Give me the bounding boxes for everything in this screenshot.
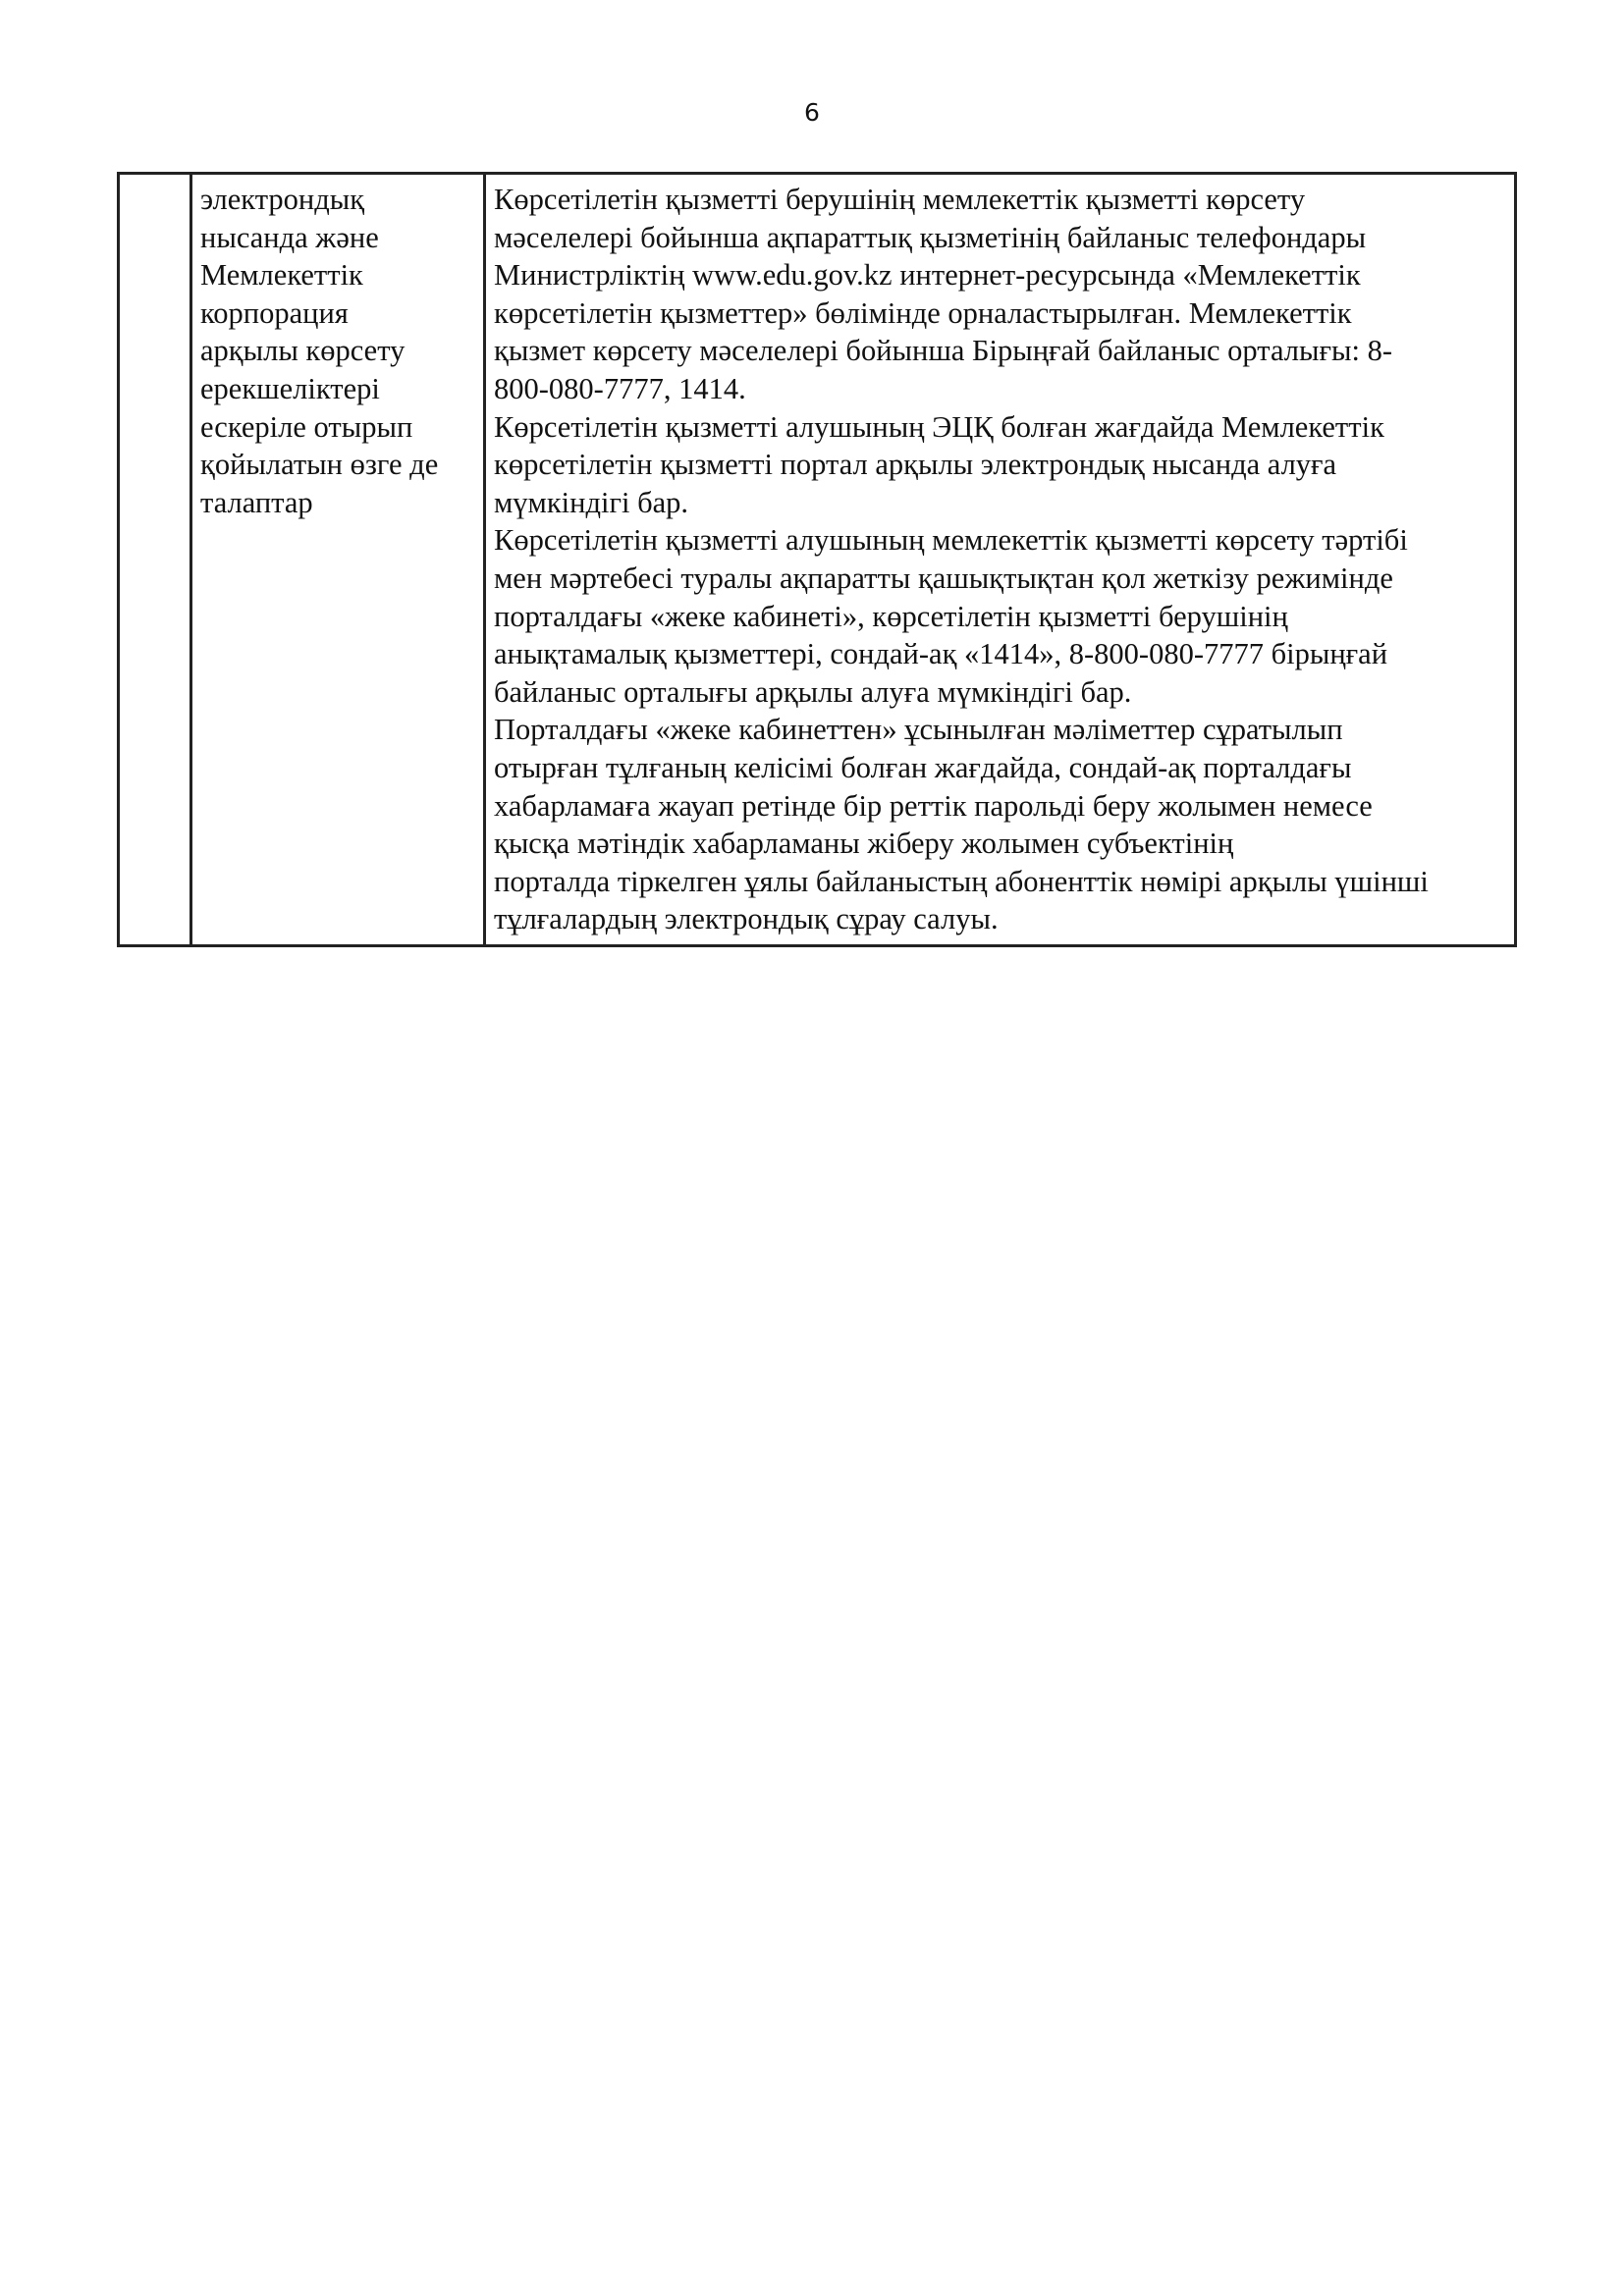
description-text-line: қызмет көрсету мәселелері бойынша Бірыңғ… — [494, 332, 1508, 370]
description-text-line: Көрсетілетін қызметті алушының мемлекетт… — [494, 521, 1508, 560]
description-text-line: порталдағы «жеке кабинеті», көрсетілетін… — [494, 598, 1508, 636]
row-name-cell: электрондықнысанда жәнеМемлекеттіккорпор… — [191, 174, 485, 946]
row-description-cell: Көрсетілетін қызметті берушінің мемлекет… — [485, 174, 1516, 946]
description-text-line: мүмкіндігі бар. — [494, 484, 1508, 522]
name-text-line: ерекшеліктері — [200, 370, 479, 408]
description-text-line: Министрліктің www.edu.gov.kz интернет-ре… — [494, 256, 1508, 294]
table-row: электрондықнысанда жәнеМемлекеттіккорпор… — [119, 174, 1516, 946]
description-text-line: анықтамалық қызметтері, сондай-ақ «1414»… — [494, 635, 1508, 673]
name-text-line: корпорация — [200, 294, 479, 333]
description-text-line: мәселелері бойынша ақпараттық қызметінің… — [494, 219, 1508, 257]
description-text-line: тұлғалардың электрондық сұрау салуы. — [494, 900, 1508, 938]
description-text-line: порталда тіркелген ұялы байланыстың абон… — [494, 863, 1508, 901]
name-text-line: электрондық — [200, 181, 479, 219]
description-text-line: Көрсетілетін қызметті алушының ЭЦҚ болға… — [494, 408, 1508, 447]
description-text-line: байланыс орталығы арқылы алуға мүмкіндіг… — [494, 673, 1508, 712]
description-text-line: көрсетілетін қызметті портал арқылы элек… — [494, 446, 1508, 484]
requirements-table: электрондықнысанда жәнеМемлекеттіккорпор… — [117, 172, 1517, 947]
description-text-line: отырған тұлғаның келісімі болған жағдайд… — [494, 749, 1508, 787]
name-text-line: қойылатын өзге де — [200, 446, 479, 484]
description-text-line: Көрсетілетін қызметті берушінің мемлекет… — [494, 181, 1508, 219]
description-text-line: қысқа мәтіндік хабарламаны жіберу жолыме… — [494, 825, 1508, 863]
name-text-line: ескеріле отырып — [200, 408, 479, 447]
name-text-line: арқылы көрсету — [200, 332, 479, 370]
description-text-line: көрсетілетін қызметтер» бөлімінде орнала… — [494, 294, 1508, 333]
description-text-line: мен мәртебесі туралы ақпаратты қашықтықт… — [494, 560, 1508, 598]
description-text-line: Порталдағы «жеке кабинеттен» ұсынылған м… — [494, 711, 1508, 749]
row-number-cell — [119, 174, 191, 946]
description-text-line: 800-080-7777, 1414. — [494, 370, 1508, 408]
name-text-line: Мемлекеттік — [200, 256, 479, 294]
page-number: 6 — [0, 98, 1624, 128]
name-text-line: нысанда және — [200, 219, 479, 257]
name-text-line: талаптар — [200, 484, 479, 522]
description-text-line: хабарламаға жауап ретінде бір реттік пар… — [494, 787, 1508, 826]
